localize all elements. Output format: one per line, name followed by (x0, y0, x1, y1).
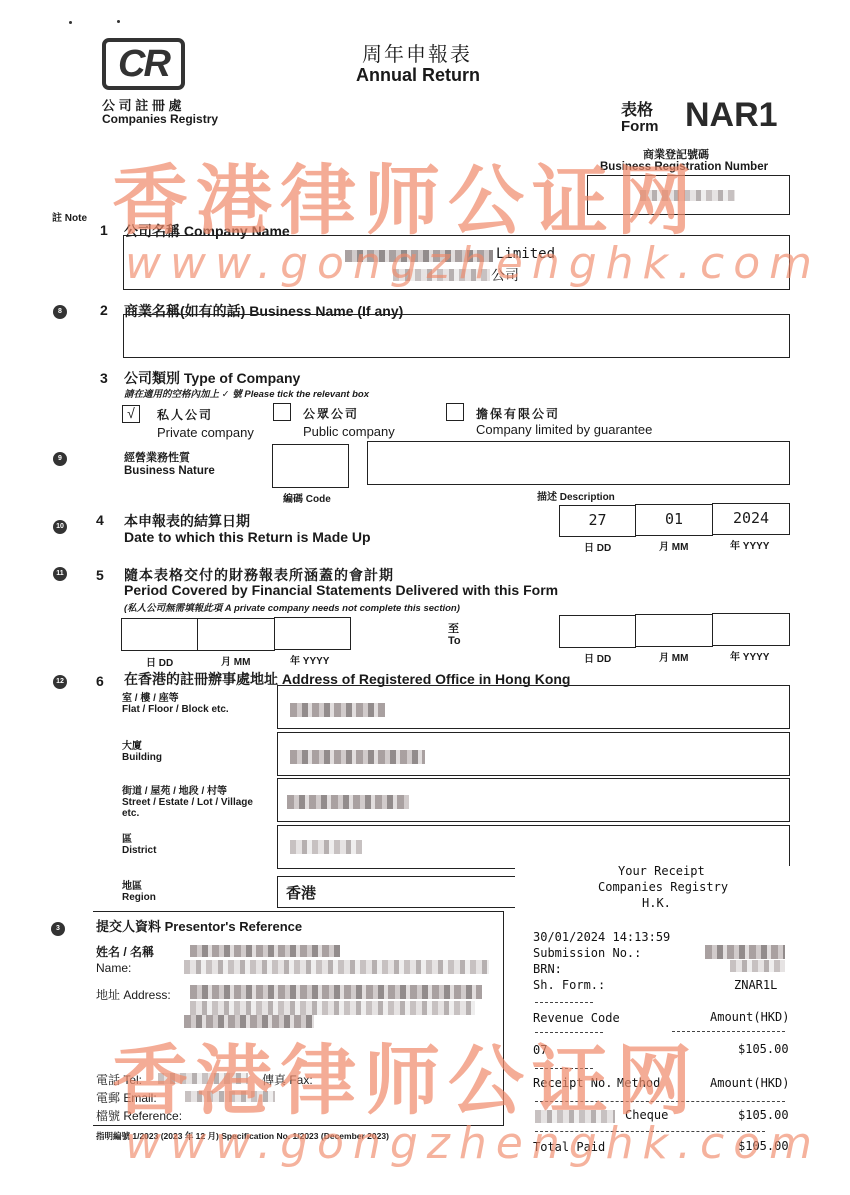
receipt-revenue-amount: $105.00 (738, 1042, 789, 1056)
business-nature-code-field[interactable] (272, 444, 349, 488)
period-from-dd-label: 日 DD (146, 654, 173, 669)
section-3-number: 3 (100, 370, 108, 386)
option-public-cn: 公眾公司 (303, 405, 359, 422)
receipt-divider (535, 1002, 593, 1003)
checkbox-guarantee-company[interactable] (446, 403, 464, 421)
return-mm-label: 月 MM (659, 538, 688, 553)
cr-logo-text: CR (106, 42, 181, 86)
receipt-amount-header-2: Amount(HKD) (710, 1076, 789, 1090)
receipt-brn-redacted (730, 960, 785, 972)
presentor-address-redacted-2 (190, 1001, 475, 1015)
presentor-name-label-cn: 姓名 / 名稱 (96, 943, 154, 960)
address-building-label: 大廈 Building (122, 741, 162, 763)
code-label: 編碼 Code (283, 490, 331, 505)
scan-dot (117, 20, 120, 23)
period-to-dd-label: 日 DD (584, 650, 611, 665)
note-8-icon: 8 (53, 305, 67, 319)
note-10-icon: 10 (53, 520, 67, 534)
option-private-cn: 私人公司 (157, 406, 213, 423)
registry-name-en: Companies Registry (102, 112, 218, 126)
section-1-number: 1 (100, 222, 108, 238)
address-region-value: 香港 (286, 882, 316, 903)
receipt-total-amount: $105.00 (738, 1139, 789, 1153)
receipt-amount-header: Amount(HKD) (710, 1010, 789, 1024)
option-guarantee-cn: 擔保有限公司 (476, 405, 560, 422)
business-nature-label-cn: 經營業務性質 (124, 449, 190, 465)
address-district-redacted (290, 840, 362, 854)
presentor-tel-redacted (158, 1073, 248, 1084)
business-nature-description-field[interactable] (367, 441, 790, 485)
note-9-icon: 9 (53, 452, 67, 466)
presentor-tel-label: 電話 Tel: (96, 1071, 142, 1088)
presentor-title: 提交人資料 Presentor's Reference (96, 916, 302, 935)
section-5-instruction: (私人公司無需填報此項 A private company needs not … (124, 600, 460, 614)
period-to-en: To (448, 635, 461, 647)
checkbox-private-company[interactable]: √ (122, 405, 140, 423)
scan-dot (69, 21, 72, 24)
receipt-shform-label: Sh. Form.: (533, 978, 605, 992)
section-4-number: 4 (96, 512, 104, 528)
form-title-cn: 周年申報表 (362, 38, 472, 67)
address-flat-redacted (290, 703, 385, 717)
presentor-reference-label: 檔號 Reference: (96, 1107, 182, 1124)
address-building-redacted (290, 750, 425, 764)
address-district-label: 區 District (122, 834, 156, 856)
presentor-name-redacted-1 (190, 945, 340, 957)
period-from-yyyy[interactable] (274, 617, 351, 650)
receipt-receipt-header: Receipt No. (533, 1076, 612, 1090)
brn-label-en: Business Registration Number (600, 161, 768, 173)
form-title-en: Annual Return (356, 65, 480, 86)
receipt-title-2: Companies Registry (598, 880, 728, 894)
company-name-field[interactable] (123, 235, 790, 290)
presentor-email-label: 電郵 Email: (96, 1089, 157, 1106)
section-2-number: 2 (100, 302, 108, 318)
receipt-number-redacted (535, 1110, 615, 1123)
company-name-cn-redacted (393, 269, 490, 281)
address-region-label: 地區 Region (122, 881, 156, 903)
address-flat-label: 室 / 樓 / 座等 Flat / Floor / Block etc. (122, 693, 229, 715)
period-from-mm-label: 月 MM (221, 653, 250, 668)
receipt-submission-label: Submission No.: (533, 946, 641, 960)
period-to-dd[interactable] (559, 615, 636, 648)
section-4-label-cn: 本申報表的結算日期 (124, 511, 250, 531)
receipt-total-label: Total Paid (533, 1140, 605, 1154)
option-public-en: Public company (303, 424, 395, 439)
presentor-name-redacted-2 (184, 960, 489, 974)
form-label-en: Form (621, 118, 659, 135)
receipt-title-1: Your Receipt (618, 864, 705, 878)
receipt-divider (535, 1032, 603, 1033)
business-nature-label-en: Business Nature (124, 465, 215, 477)
brn-redacted (640, 190, 735, 201)
receipt-divider (535, 1131, 765, 1132)
receipt-revenue-header: Revenue Code (533, 1011, 620, 1025)
receipt-revenue-code: 07 (533, 1043, 547, 1057)
section-3-instruction: 請在適用的空格內加上 ✓ 號 Please tick the relevant … (124, 386, 369, 400)
presentor-address-redacted-1 (190, 985, 482, 999)
business-name-field[interactable] (123, 314, 790, 358)
section-5-number: 5 (96, 567, 104, 583)
address-street-label: 街道 / 屋苑 / 地段 / 村等 Street / Estate / Lot … (122, 786, 272, 819)
specification-footer: 指明編號 1/2023 (2023 年 12 月) Specification … (96, 1130, 389, 1142)
receipt-method-header: Method (617, 1076, 660, 1090)
period-to-cn: 至 (448, 620, 459, 636)
return-date-dd[interactable]: 27 (559, 505, 636, 537)
company-name-en-suffix: Limited (496, 246, 555, 262)
receipt-method: Cheque (625, 1108, 668, 1122)
return-date-yyyy[interactable]: 2024 (712, 503, 790, 535)
return-dd-label: 日 DD (584, 539, 611, 554)
receipt-divider (535, 1068, 593, 1069)
section-4-label-en: Date to which this Return is Made Up (124, 529, 371, 545)
description-label: 描述 Description (537, 488, 615, 503)
option-guarantee-en: Company limited by guarantee (476, 422, 652, 437)
company-name-cn-suffix: 公司 (491, 265, 519, 285)
section-3-label: 公司類別 Type of Company (124, 368, 300, 388)
presentor-address-label: 地址 Address: (96, 986, 171, 1003)
return-yyyy-label: 年 YYYY (730, 537, 769, 552)
address-street-redacted (287, 795, 409, 809)
receipt-divider (535, 1101, 785, 1102)
period-from-yyyy-label: 年 YYYY (290, 652, 329, 667)
period-from-dd[interactable] (121, 618, 198, 651)
company-name-en-redacted (345, 250, 493, 262)
receipt-brn-label: BRN: (533, 962, 562, 976)
receipt-method-amount: $105.00 (738, 1108, 789, 1122)
receipt-shform-value: ZNAR1L (734, 978, 777, 992)
note-12-icon: 12 (53, 675, 67, 689)
note-11-icon: 11 (53, 567, 67, 581)
checkbox-public-company[interactable] (273, 403, 291, 421)
form-code: NAR1 (685, 96, 778, 135)
brn-label-cn: 商業登記號碼 (643, 146, 709, 162)
section-5-label-en: Period Covered by Financial Statements D… (124, 582, 558, 598)
receipt-title-3: H.K. (642, 896, 671, 910)
presentor-fax-label: 傳真 Fax: (262, 1071, 313, 1088)
period-from-mm[interactable] (197, 618, 275, 651)
period-to-yyyy[interactable] (712, 613, 790, 646)
period-to-mm[interactable] (635, 614, 713, 647)
option-private-en: Private company (157, 425, 254, 440)
presentor-address-redacted-3 (184, 1015, 314, 1028)
period-to-mm-label: 月 MM (659, 649, 688, 664)
note-label: 註 Note (52, 209, 87, 224)
note-3-icon: 3 (51, 922, 65, 936)
presentor-email-redacted (185, 1091, 275, 1102)
presentor-name-label-en: Name: (96, 961, 131, 975)
cr-logo: CR (102, 38, 185, 90)
form-label-cn: 表格 (621, 97, 653, 120)
return-date-mm[interactable]: 01 (635, 504, 713, 536)
period-to-yyyy-label: 年 YYYY (730, 648, 769, 663)
receipt-datetime: 30/01/2024 14:13:59 (533, 930, 670, 944)
receipt-divider (672, 1031, 785, 1032)
receipt-submission-redacted (705, 945, 785, 959)
section-6-number: 6 (96, 673, 104, 689)
